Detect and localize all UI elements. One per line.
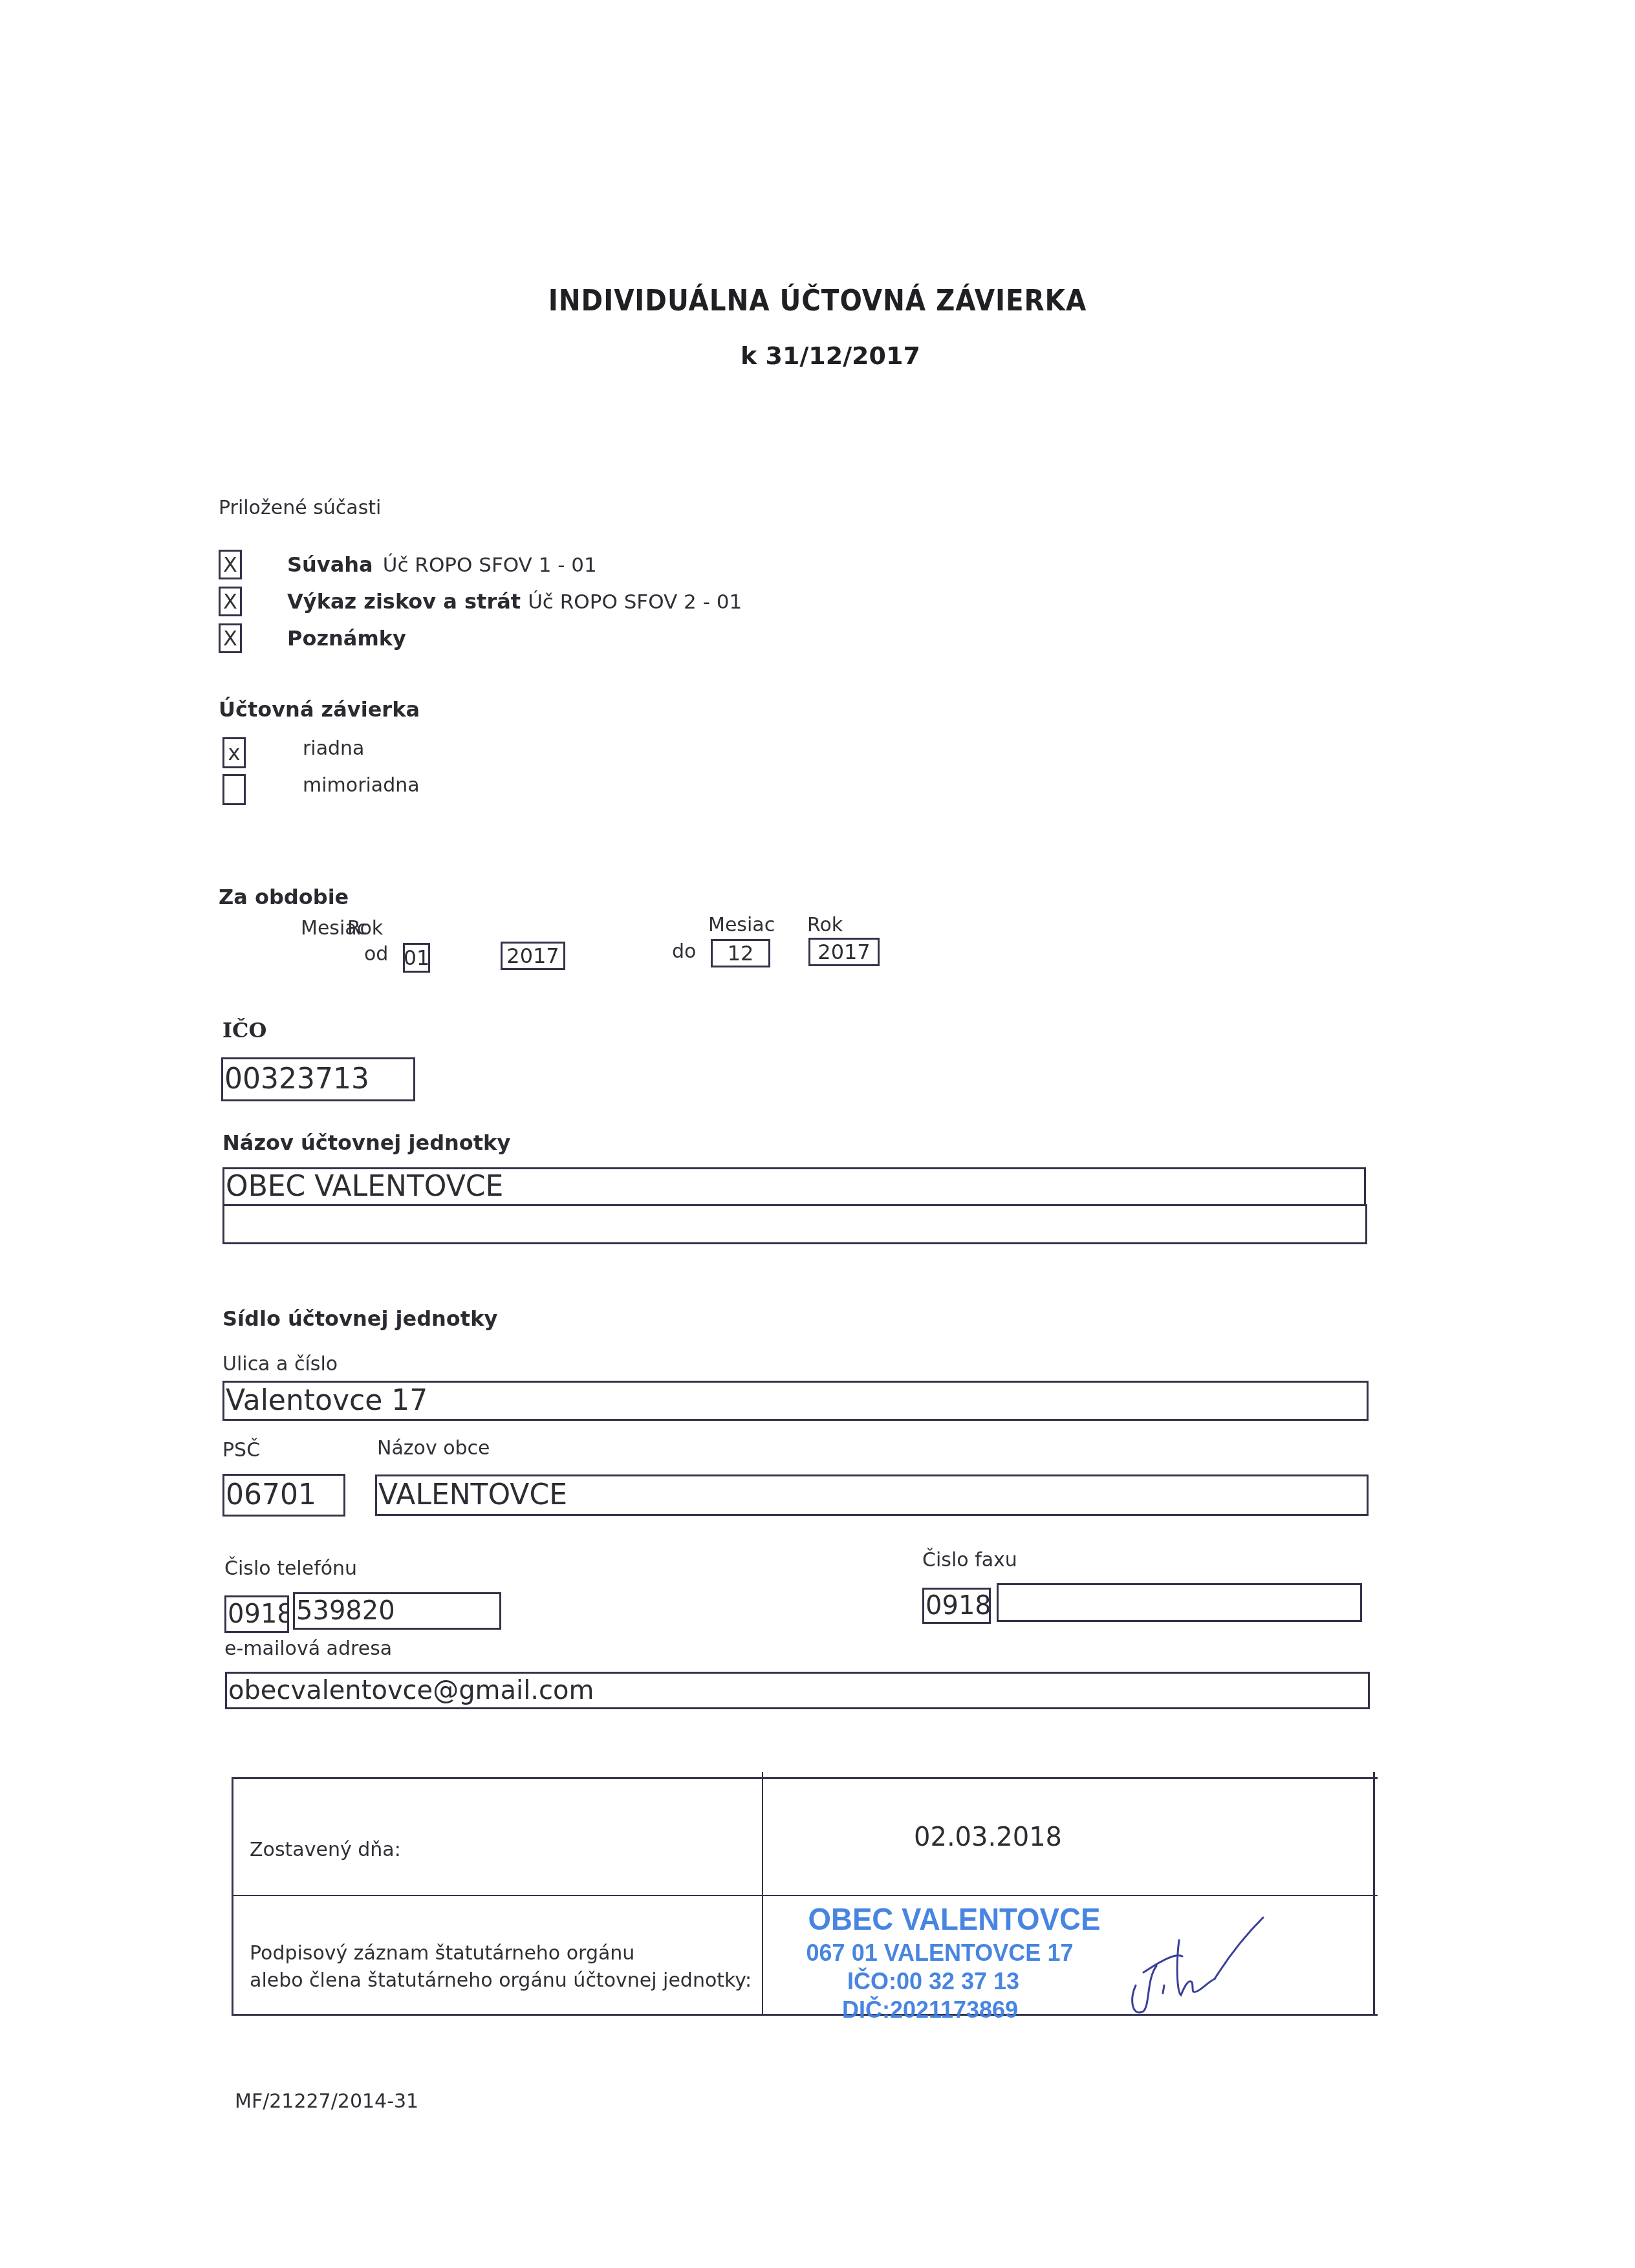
statement-type-mimoriadna-label: mimoriadna — [303, 774, 420, 797]
street-field[interactable]: Valentovce 17 — [222, 1381, 1369, 1421]
statement-type-riadna-checkbox[interactable]: x — [222, 737, 246, 768]
ico-field[interactable]: 00323713 — [221, 1057, 415, 1101]
period-to-month-field[interactable]: 12 — [711, 939, 770, 967]
period-to-year-value: 2017 — [817, 942, 870, 962]
period-from-year-label: Rok — [347, 917, 383, 940]
city-label: Názov obce — [377, 1437, 490, 1460]
fax-prefix-field[interactable]: 0918 — [922, 1588, 991, 1624]
period-to-year-field[interactable]: 2017 — [808, 938, 880, 966]
email-field[interactable]: obecvalentovce@gmail.com — [225, 1672, 1370, 1709]
ico-value: 00323713 — [223, 1065, 369, 1094]
period-to-month-value: 12 — [728, 943, 754, 964]
phone-number-field[interactable]: 539820 — [293, 1592, 501, 1630]
fax-label: Čislo faxu — [922, 1549, 1017, 1571]
psc-label: PSČ — [222, 1439, 260, 1462]
attachment-checkbox-suvaha[interactable]: X — [219, 550, 242, 579]
period-from-label: od — [364, 943, 388, 966]
entity-name-line2-field[interactable] — [222, 1204, 1367, 1244]
table-divider-horizontal — [232, 1895, 1378, 1896]
official-stamp: OBEC VALENTOVCE 067 01 VALENTOVCE 17 IČO… — [801, 1901, 1098, 2024]
date-value: 02.03.2018 — [914, 1822, 1062, 1852]
attachment-code: Úč ROPO SFOV 1 - 01 — [383, 554, 597, 577]
psc-field[interactable]: 06701 — [222, 1474, 345, 1517]
table-divider-vertical — [762, 1772, 763, 2016]
entity-name-line1-field[interactable]: OBEC VALENTOVCE — [222, 1167, 1366, 1206]
ico-label: IČO — [222, 1018, 266, 1042]
period-from-year-field[interactable]: 2017 — [501, 942, 565, 970]
city-field[interactable]: VALENTOVCE — [375, 1474, 1369, 1516]
email-value: obecvalentovce@gmail.com — [227, 1678, 594, 1703]
entity-name-line1-value: OBEC VALENTOVCE — [224, 1172, 503, 1201]
document-date-subtitle: k 31/12/2017 — [0, 341, 1635, 370]
document-title: INDIVIDUÁLNA ÚČTOVNÁ ZÁVIERKA — [65, 285, 1570, 318]
attachment-name: Výkaz ziskov a strát — [287, 589, 521, 614]
fax-prefix-value: 0918 — [924, 1593, 991, 1619]
statement-type-heading: Účtovná závierka — [219, 697, 420, 722]
period-to-month-label: Mesiac — [708, 914, 775, 936]
table-border-top — [232, 1777, 1378, 1779]
statement-type-riadna-label: riadna — [303, 737, 365, 760]
signature-label-line1: Podpisový záznam štatutárneho orgánu — [250, 1939, 634, 1969]
street-label: Ulica a číslo — [222, 1353, 338, 1376]
attachments-heading: Priložené súčasti — [219, 497, 381, 519]
attachment-name: Poznámky — [287, 626, 406, 651]
date-label: Zostavený dňa: — [250, 1835, 401, 1865]
period-to-label: do — [672, 940, 696, 963]
stamp-line4: DIČ:2021173869 — [762, 1996, 1098, 2024]
attachment-checkbox-vykaz[interactable]: X — [219, 587, 242, 616]
period-heading: Za obdobie — [219, 885, 349, 909]
table-border-left — [232, 1777, 233, 2016]
stamp-line3: IČO:00 32 37 13 — [768, 1967, 1098, 1996]
statement-type-mimoriadna-checkbox[interactable] — [222, 774, 246, 805]
email-label: e-mailová adresa — [224, 1637, 392, 1660]
entity-name-label: Názov účtovnej jednotky — [222, 1130, 510, 1155]
form-code: MF/21227/2014-31 — [235, 2090, 418, 2113]
street-value: Valentovce 17 — [224, 1387, 428, 1415]
stamp-line1: OBEC VALENTOVCE — [808, 1901, 1091, 1939]
stamp-line2: 067 01 VALENTOVCE 17 — [781, 1939, 1098, 1967]
period-from-month-value: 01 — [404, 947, 430, 968]
signature-label-line2: alebo člena štatutárneho orgánu účtovnej… — [250, 1966, 752, 1996]
table-border-right — [1373, 1772, 1375, 2016]
psc-value: 06701 — [224, 1481, 316, 1509]
fax-number-field[interactable] — [997, 1583, 1362, 1622]
city-value: VALENTOVCE — [377, 1481, 567, 1509]
signature-table: Zostavený dňa: 02.03.2018 Podpisový zázn… — [232, 1772, 1378, 2024]
attachment-checkbox-poznamky[interactable]: X — [219, 623, 242, 653]
phone-label: Čislo telefónu — [224, 1557, 357, 1580]
phone-prefix-field[interactable]: 0918 — [224, 1595, 289, 1633]
handwritten-signature-icon — [1118, 1914, 1279, 2024]
phone-number-value: 539820 — [295, 1598, 395, 1624]
period-from-month-field[interactable]: 01 — [403, 943, 430, 973]
phone-prefix-value: 0918 — [226, 1601, 289, 1627]
address-heading: Sídlo účtovnej jednotky — [222, 1306, 497, 1331]
period-to-year-label: Rok — [807, 914, 843, 936]
attachment-code: Úč ROPO SFOV 2 - 01 — [528, 590, 742, 614]
attachment-name: Súvaha — [287, 552, 373, 577]
period-from-year-value: 2017 — [506, 945, 559, 966]
